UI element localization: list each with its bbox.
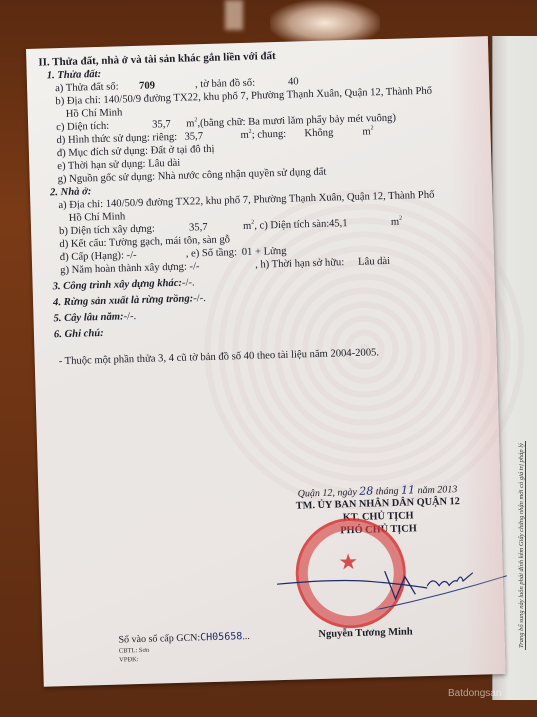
handwritten-signature xyxy=(276,556,507,612)
registry-number-row: Số vào sổ cấp GCN:CH05658... xyxy=(118,631,250,646)
map-sheet-number: 40 xyxy=(288,75,299,88)
side-note: Trang bổ sung này luôn phải đính kèm Giấ… xyxy=(518,441,526,650)
registry-number: CH05658 xyxy=(200,631,242,643)
signer-name: Nguyễn Tương Minh xyxy=(318,626,412,640)
land-area: 35,7 xyxy=(152,118,171,132)
registry-clerk: CBTL: Sơn VPĐK: xyxy=(119,646,150,665)
certificate-page: II. Thửa đất, nhà ở và tài sản khác gắn … xyxy=(26,36,506,687)
content: II. Thửa đất, nhà ở và tài sản khác gắn … xyxy=(38,44,497,368)
light-glare-small xyxy=(225,0,243,30)
watermark: Batdongsan xyxy=(448,688,501,699)
parcel-number: 709 xyxy=(139,79,155,92)
